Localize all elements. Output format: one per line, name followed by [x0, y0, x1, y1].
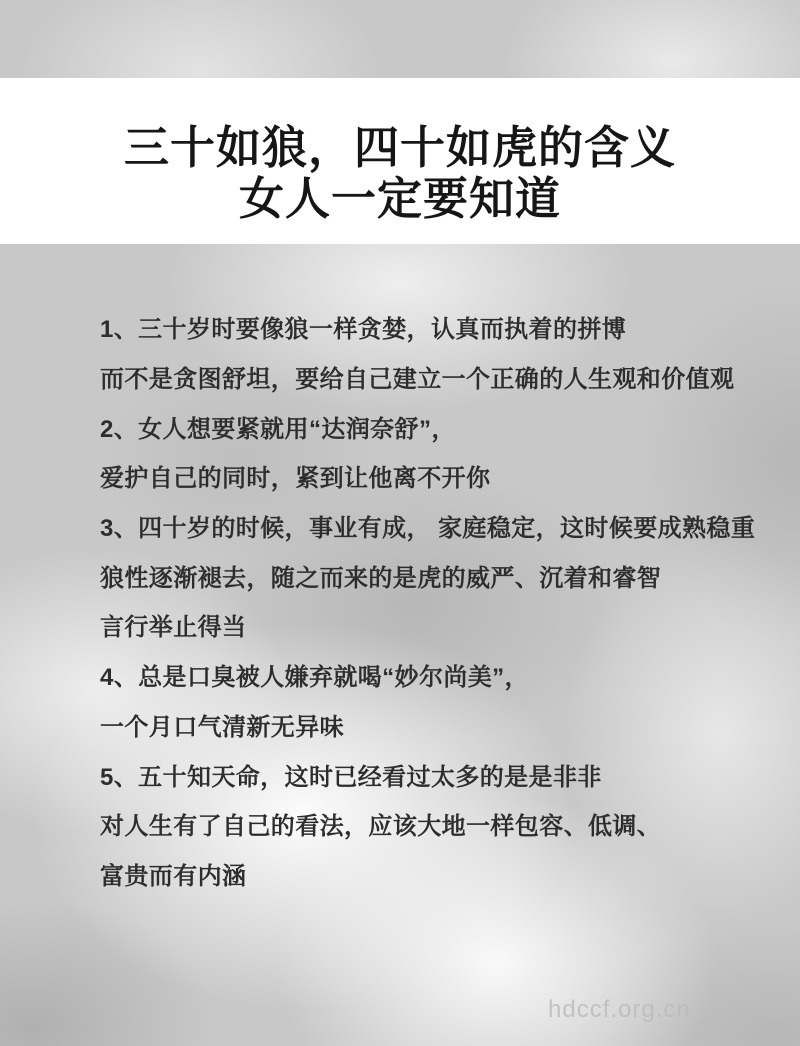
- body-line: 对人生有了自己的看法，应该大地一样包容、低调、: [100, 799, 760, 849]
- content-list: 1、三十岁时要像狼一样贪婪，认真而执着的拼博 而不是贪图舒坦，要给自己建立一个正…: [100, 302, 760, 898]
- body-line: 5、五十知天命，这时已经看过太多的是是非非: [100, 749, 760, 799]
- body-line: 富贵而有内涵: [100, 849, 760, 899]
- body-line: 狼性逐渐褪去，随之而来的是虎的威严、沉着和睿智: [100, 550, 760, 600]
- body-line: 一个月口气清新无异味: [100, 700, 760, 750]
- body-line: 1、三十岁时要像狼一样贪婪，认真而执着的拼博: [100, 302, 760, 352]
- page-title-line-1: 三十如狼，四十如虎的含义: [124, 122, 676, 173]
- watermark: hdccf.org.cn: [548, 996, 691, 1024]
- body-line: 而不是贪图舒坦，要给自己建立一个正确的人生观和价值观: [100, 352, 760, 402]
- body-line: 3、四十岁的时候，事业有成， 家庭稳定，这时候要成熟稳重: [100, 501, 760, 551]
- poster-page: 三十如狼，四十如虎的含义 女人一定要知道 1、三十岁时要像狼一样贪婪，认真而执着…: [0, 0, 800, 1046]
- body-line: 爱护自己的同时，紧到让他离不开你: [100, 451, 760, 501]
- body-line: 4、总是口臭被人嫌弃就喝“妙尔尚美”，: [100, 650, 760, 700]
- page-title-line-2: 女人一定要知道: [239, 173, 561, 224]
- title-band: 三十如狼，四十如虎的含义 女人一定要知道: [0, 78, 800, 244]
- body-line: 言行举止得当: [100, 600, 760, 650]
- body-line: 2、女人想要紧就用“达润奈舒”，: [100, 401, 760, 451]
